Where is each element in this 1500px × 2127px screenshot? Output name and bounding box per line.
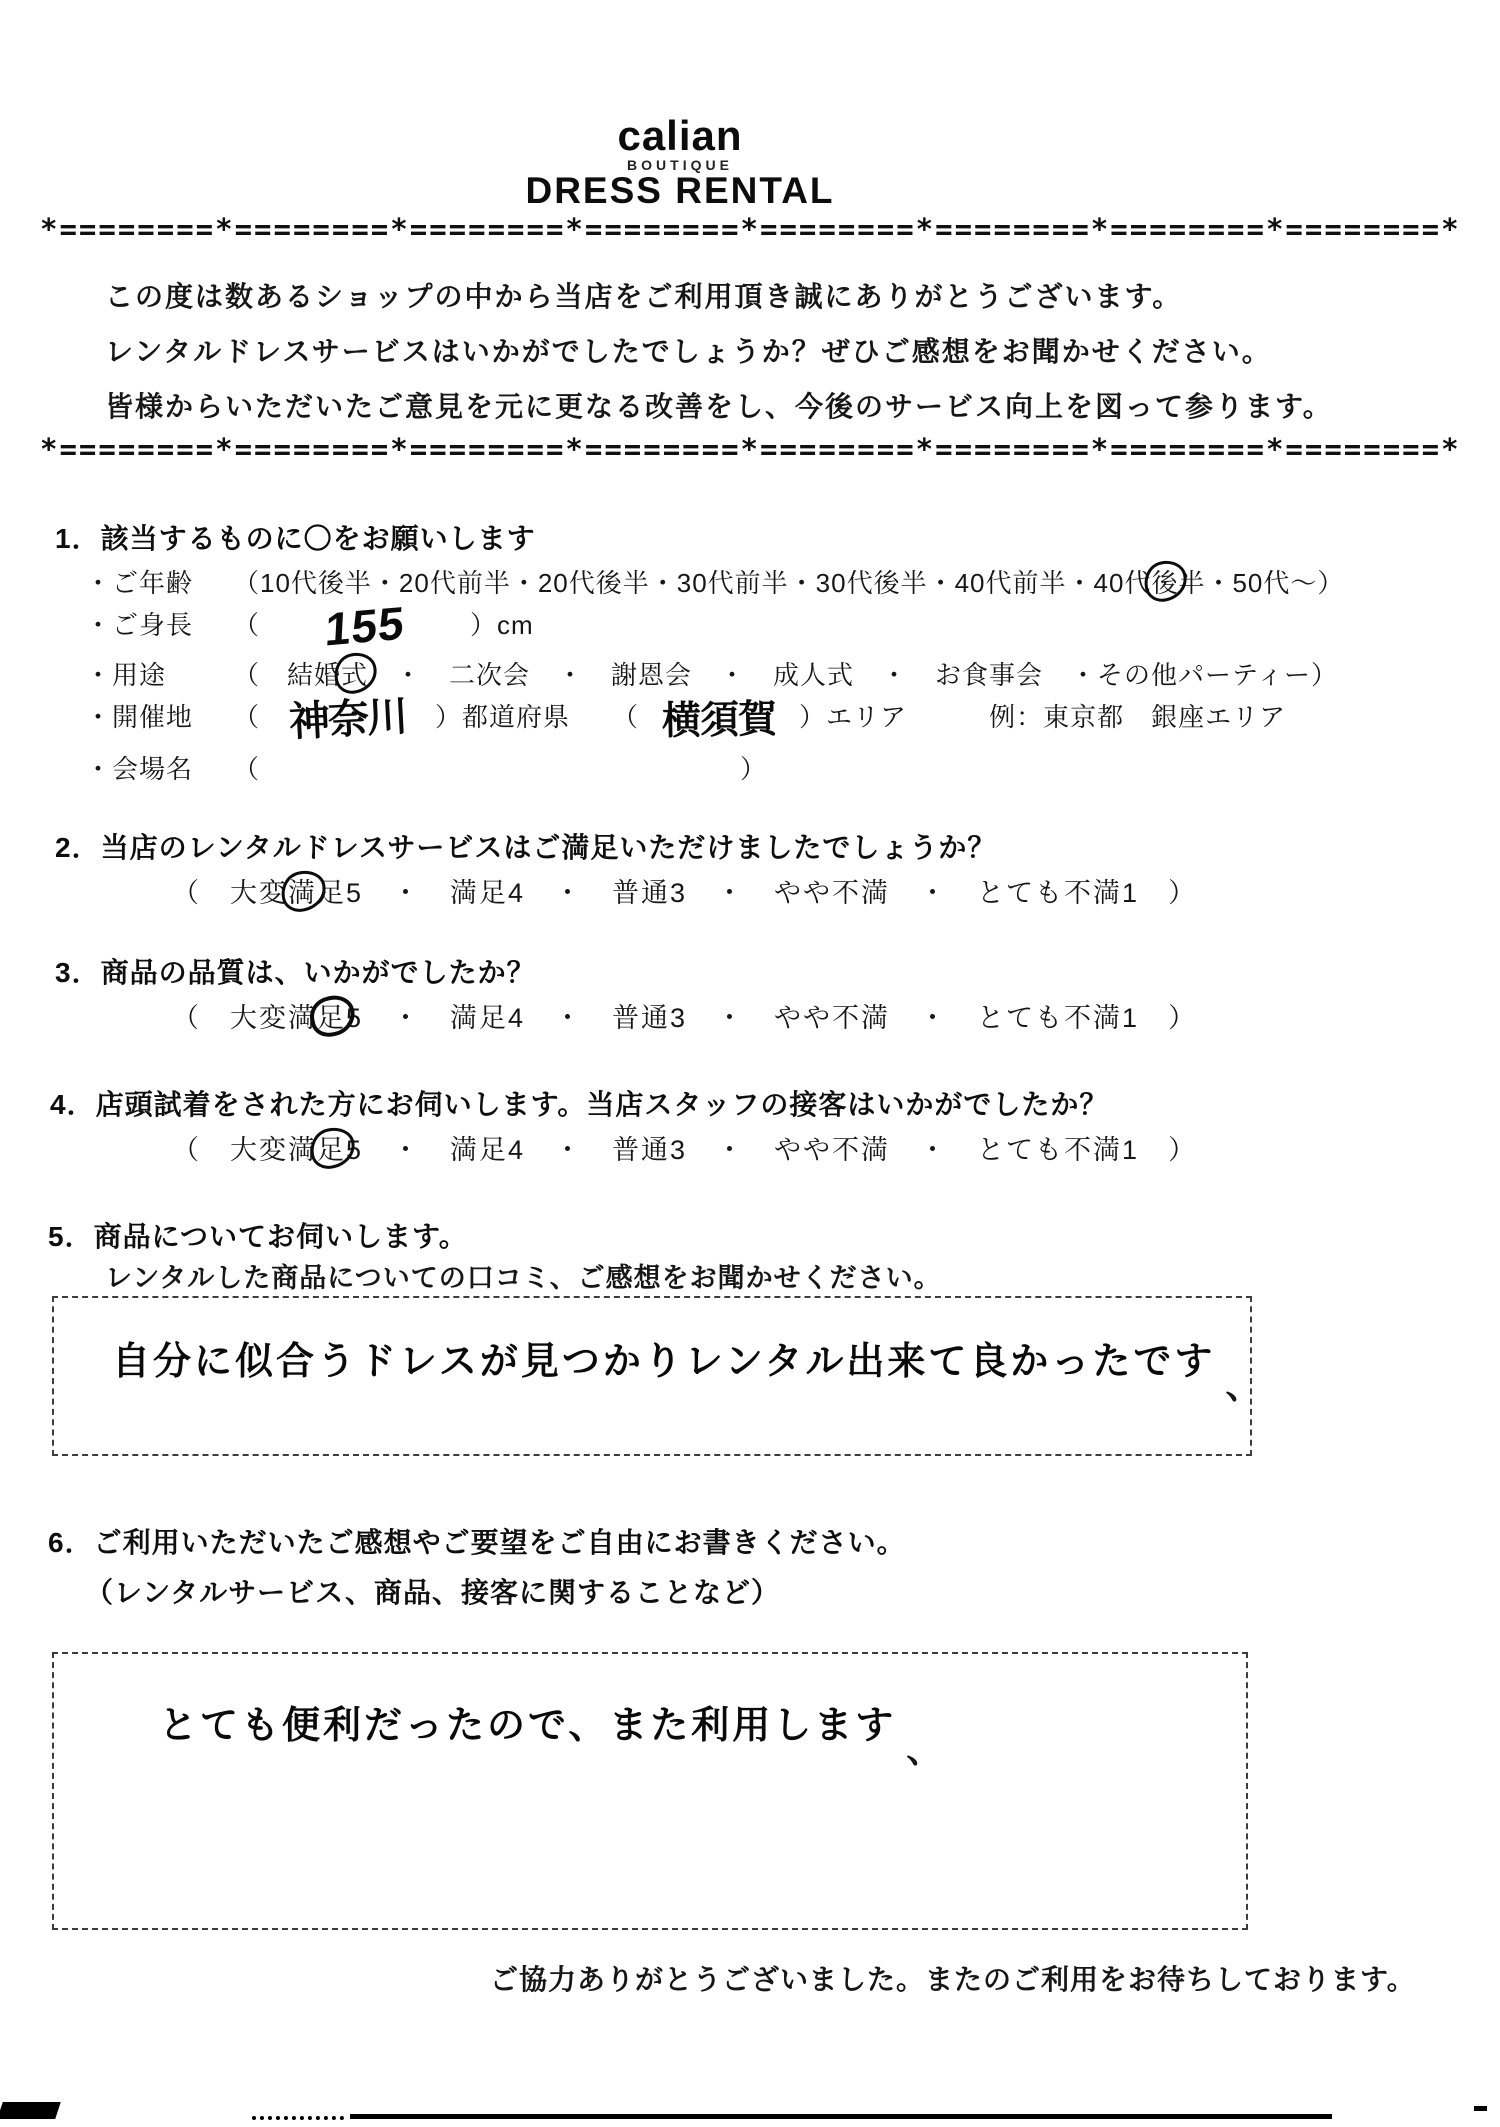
q1-venue-area-handwritten: 横須賀 [639, 703, 800, 740]
q2-options-post: 足5 ・ 満足4 ・ 普通3 ・ やや不満 ・ とても不満1 ） [317, 878, 1197, 908]
footer-thanks-text: ご協力ありがとうございました。またのご利用をお待ちしております。 [490, 1963, 1416, 1997]
q3-options-row: （ 大変満足5 ・ 満足4 ・ 普通3 ・ やや不満 ・ とても不満1 ） [172, 1001, 1197, 1035]
intro-line-3: 皆様からいただいたご意見を元に更なる改善をし、今後のサービス向上を図って参ります… [105, 390, 1333, 424]
q2-circle-mark: 満 [288, 876, 317, 910]
q1-hall-row: ・会場名（） [85, 752, 767, 786]
q1-venue-label: ・開催地 [85, 700, 233, 734]
q1-venue-row: ・開催地（神奈川）都道府県（横須賀）エリア例：東京都 銀座エリア [85, 700, 1286, 738]
q4-circled-text: 足 [317, 1135, 346, 1165]
q6-subheading: （レンタルサービス、商品、接客に関することなど） [85, 1576, 780, 1610]
scan-artifact-bottom-line [350, 2114, 1332, 2119]
q4-circle-mark: 足 [317, 1133, 346, 1167]
q1-hall-paren-open: （ [233, 754, 260, 784]
q6-handwritten-answer: とても便利だったので、また利用します [159, 1705, 896, 1747]
intro-line-2: レンタルドレスサービスはいかがでしたでしょうか？ぜひご感想をお聞かせください。 [105, 335, 1272, 369]
q1-heading: 1．該当するものに〇をお願いします [55, 522, 536, 556]
q3-heading: 3．商品の品質は、いかがでしたか？ [55, 956, 536, 990]
q4-options-pre: （ 大変満 [172, 1135, 317, 1165]
q2-options-pre: （ 大変 [172, 878, 288, 908]
q2-options-row: （ 大変満足5 ・ 満足4 ・ 普通3 ・ やや不満 ・ とても不満1 ） [172, 876, 1197, 910]
q5-answer-box: 自分に似合うドレスが見つかりレンタル出来て良かったです、 [52, 1296, 1252, 1456]
divider-middle: *========*========*========*========*===… [40, 432, 1460, 466]
q2-heading: 2．当店のレンタルドレスサービスはご満足いただけましたでしょうか？ [55, 831, 996, 865]
q1-age-circled-text: 後 [1151, 568, 1178, 598]
q5-handwritten-comma: 、 [1225, 1358, 1261, 1409]
q1-venue-prefecture-handwritten: 神奈川 [259, 697, 436, 740]
q5-subheading: レンタルした商品についての口コミ、ご感想をお聞かせください。 [105, 1261, 942, 1295]
q1-hall-paren-close: ） [740, 754, 767, 784]
q1-venue-mid-text: ）都道府県 [435, 702, 570, 732]
intro-line-1: この度は数あるショップの中から当店をご利用頂き誠にありがとうございます。 [105, 280, 1182, 314]
q1-purpose-row: ・用途（ 結婚式 ・ 二次会 ・ 謝恩会 ・ 成人式 ・ お食事会 ・その他パー… [85, 658, 1338, 692]
q5-handwritten-answer-wrap: 自分に似合うドレスが見つかりレンタル出来て良かったです、 [112, 1330, 1261, 1385]
q1-age-row: ・ご年齢（10代後半・20代前半・20代後半・30代前半・30代後半・40代前半… [85, 566, 1344, 600]
q4-options-row: （ 大変満足5 ・ 満足4 ・ 普通3 ・ やや不満 ・ とても不満1 ） [172, 1133, 1197, 1167]
scan-artifact-blob [0, 2102, 61, 2119]
q1-venue-example-text: 例：東京都 銀座エリア [989, 702, 1286, 732]
q1-purpose-label: ・用途 [85, 658, 233, 692]
q1-age-label: ・ご年齢 [85, 566, 233, 600]
q1-purpose-circle-mark: 式 [341, 658, 368, 692]
q1-venue-close-text: ）エリア [799, 702, 907, 732]
q6-answer-box: とても便利だったので、また利用します、 [52, 1652, 1248, 1930]
brand-logo: calian [617, 112, 742, 160]
survey-form-scan: calian BOUTIQUE DRESS RENTAL *========*=… [0, 0, 1500, 2127]
q1-purpose-circled-text: 式 [341, 660, 368, 690]
q1-venue-paren-open-2: （ [612, 702, 639, 732]
document-title: DRESS RENTAL [525, 170, 834, 212]
q1-purpose-options-post: ・ 二次会 ・ 謝恩会 ・ 成人式 ・ お食事会 ・その他パーティー） [368, 660, 1338, 690]
q5-heading: 5．商品についてお伺いします。 [48, 1220, 468, 1254]
q4-heading: 4．店頭試着をされた方にお伺いします。当店スタッフの接客はいかがでしたか？ [50, 1088, 1108, 1122]
q3-circled-text: 足 [317, 1003, 346, 1033]
q1-age-circle-mark: 後 [1151, 566, 1178, 600]
q1-hall-label: ・会場名 [85, 752, 233, 786]
q5-handwritten-answer: 自分に似合うドレスが見つかりレンタル出来て良かったです [112, 1341, 1215, 1383]
q3-options-pre: （ 大変満 [172, 1003, 317, 1033]
q1-height-row: ・ご身長（155）cm [85, 608, 534, 643]
q6-heading: 6．ご利用いただいたご感想やご要望をご自由にお書きください。 [48, 1526, 906, 1560]
q6-handwritten-comma: 、 [906, 1722, 942, 1773]
q6-handwritten-answer-wrap: とても便利だったので、また利用します、 [159, 1694, 942, 1749]
scan-artifact-right-tick [1474, 2106, 1487, 2111]
q4-options-post: 5 ・ 満足4 ・ 普通3 ・ やや不満 ・ とても不満1 ） [346, 1135, 1197, 1165]
q2-circled-text: 満 [288, 878, 317, 908]
q3-circle-mark: 足 [317, 1001, 346, 1035]
q1-purpose-options-pre: （ 結婚 [233, 660, 341, 690]
divider-top: *========*========*========*========*===… [40, 212, 1460, 246]
q1-venue-paren-open: （ [233, 702, 260, 732]
q3-options-post: 5 ・ 満足4 ・ 普通3 ・ やや不満 ・ とても不満1 ） [346, 1003, 1197, 1033]
q1-age-options-pre: （10代後半・20代前半・20代後半・30代前半・30代後半・40代前半・40代 [233, 568, 1151, 598]
q1-height-handwritten-value: 155 [260, 600, 471, 653]
q1-height-label: ・ご身長 [85, 608, 233, 642]
q1-height-paren-close: ）cm [470, 610, 534, 640]
q1-height-paren-open: （ [233, 610, 260, 640]
q1-age-options-post: 半・50代～） [1178, 568, 1344, 598]
scan-artifact-dotted-segment [252, 2116, 344, 2120]
